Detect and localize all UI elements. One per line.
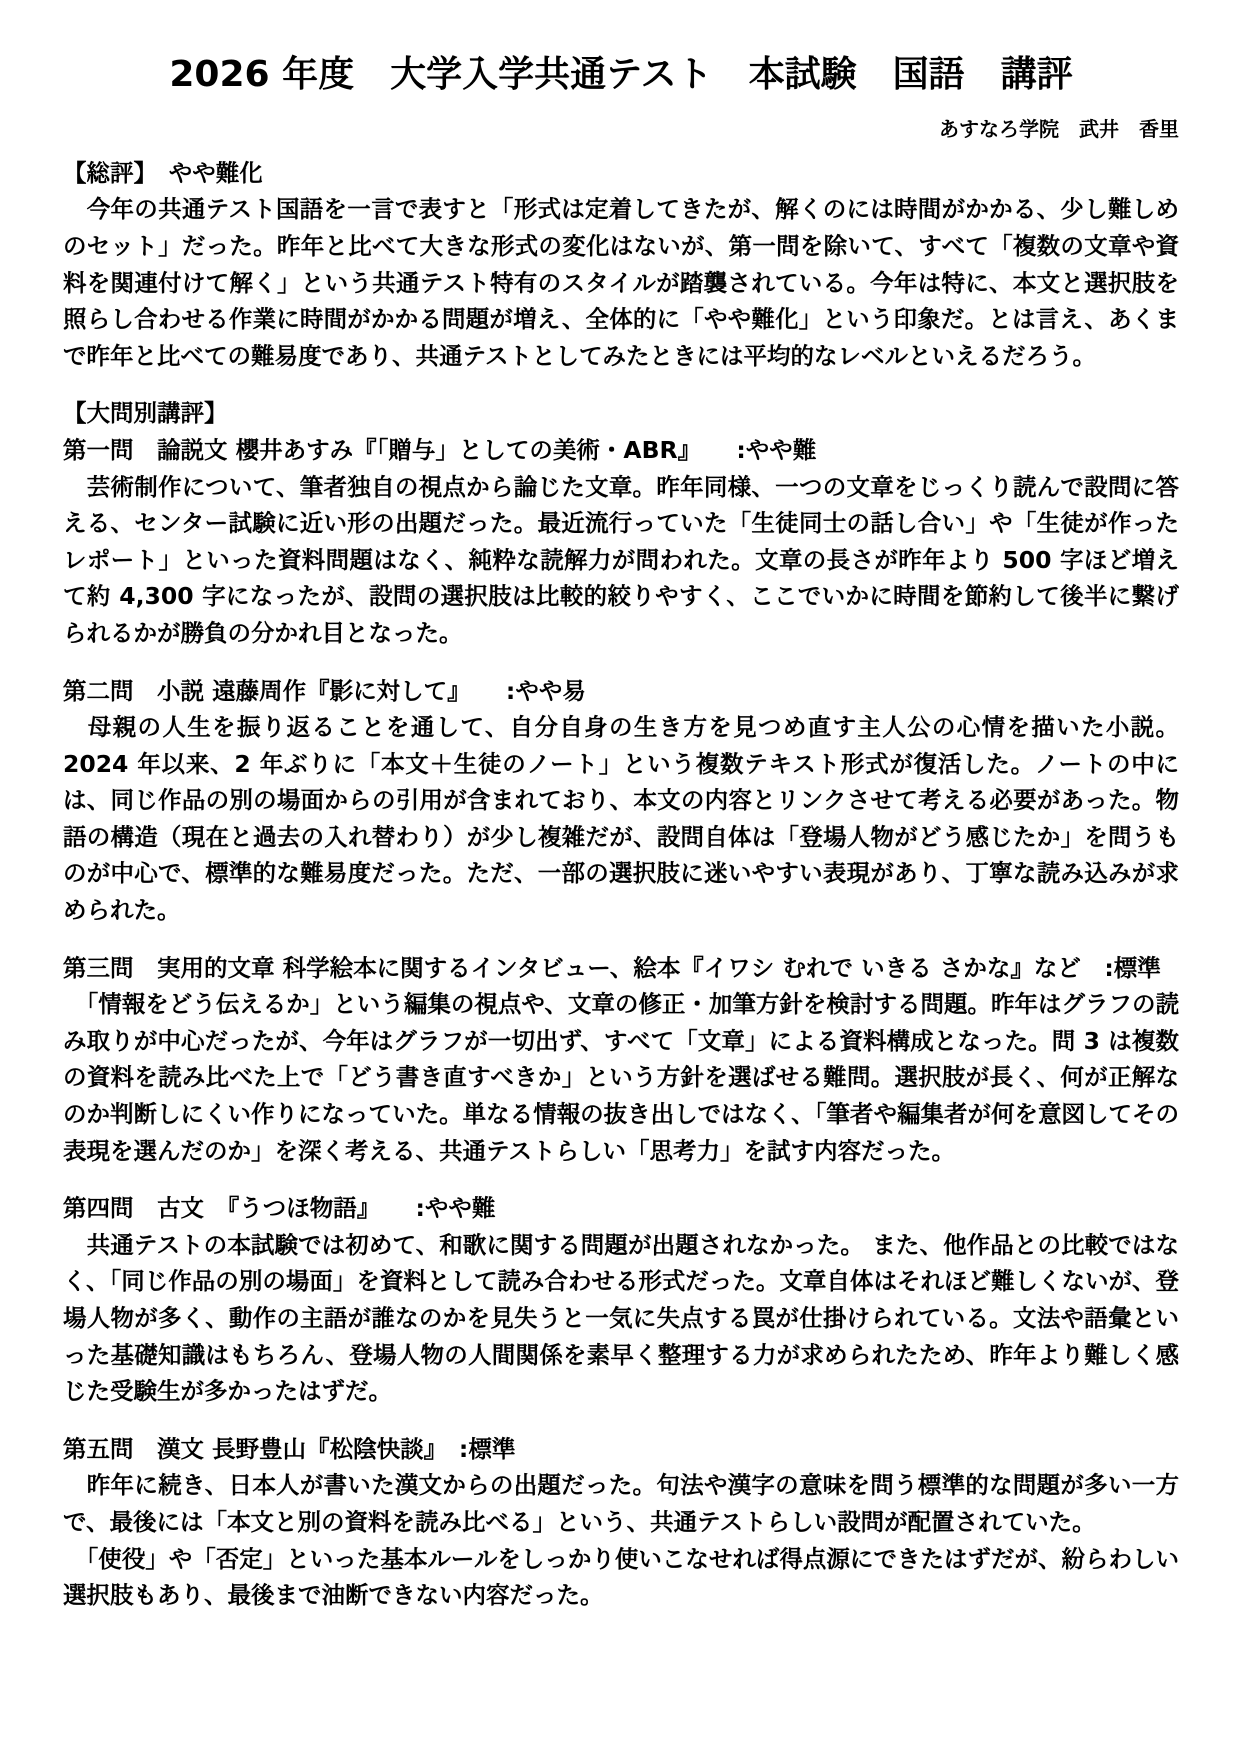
question-2-paragraph: 母親の人生を振り返ることを通して、自分自身の生き方を見つめ直す主人公の心情を描い…: [63, 709, 1179, 929]
question-3-paragraph: 「情報をどう伝えるか」という編集の視点や、文章の修正・加筆方針を検討する問題。昨…: [63, 986, 1179, 1169]
question-2-heading: 第二問 小説 遠藤周作『影に対して』 :やや易: [63, 673, 1179, 710]
question-1-paragraph: 芸術制作について、筆者独自の視点から論じた文章。昨年同様、一つの文章をじっくり読…: [63, 469, 1179, 652]
section-question-3: 第三問 実用的文章 科学絵本に関するインタビュー、絵本『イワシ むれで いきる …: [63, 950, 1179, 1170]
overall-review-section: 【総評】 やや難化 今年の共通テスト国語を一言で表すと「形式は定着してきたが、解…: [63, 155, 1179, 375]
question-5-heading: 第五問 漢文 長野豊山『松陰快談』 :標準: [63, 1431, 1179, 1468]
section-question-1: 第一問 論説文 櫻井あすみ『「贈与」としての美術・ABR』 :やや難 芸術制作に…: [63, 432, 1179, 652]
question-5-paragraph-1: 昨年に続き、日本人が書いた漢文からの出題だった。句法や漢字の意味を問う標準的な問…: [63, 1467, 1179, 1540]
overall-review-paragraph: 今年の共通テスト国語を一言で表すと「形式は定着してきたが、解くのには時間がかかる…: [63, 191, 1179, 374]
question-4-heading: 第四問 古文 『うつほ物語』 :やや難: [63, 1190, 1179, 1227]
question-3-heading: 第三問 実用的文章 科学絵本に関するインタビュー、絵本『イワシ むれで いきる …: [63, 950, 1179, 987]
section-question-4: 第四問 古文 『うつほ物語』 :やや難 共通テストの本試験では初めて、和歌に関す…: [63, 1190, 1179, 1410]
question-4-paragraph: 共通テストの本試験では初めて、和歌に関する問題が出題されなかった。 また、他作品…: [63, 1227, 1179, 1410]
per-question-review-label: 【大問別講評】: [63, 395, 1179, 432]
author-line: あすなろ学院 武井 香里: [63, 115, 1179, 143]
section-question-5: 第五問 漢文 長野豊山『松陰快談』 :標準 昨年に続き、日本人が書いた漢文からの…: [63, 1431, 1179, 1614]
question-1-heading: 第一問 論説文 櫻井あすみ『「贈与」としての美術・ABR』 :やや難: [63, 432, 1179, 469]
overall-review-heading: 【総評】 やや難化: [63, 155, 1179, 192]
page-title: 2026 年度 大学入学共通テスト 本試験 国語 講評: [63, 52, 1179, 115]
section-question-2: 第二問 小説 遠藤周作『影に対して』 :やや易 母親の人生を振り返ることを通して…: [63, 673, 1179, 929]
question-5-paragraph-2: 「使役」や「否定」といった基本ルールをしっかり使いこなせれば得点源にできたはずだ…: [63, 1541, 1179, 1614]
document-page: 2026 年度 大学入学共通テスト 本試験 国語 講評 あすなろ学院 武井 香里…: [0, 0, 1241, 1755]
